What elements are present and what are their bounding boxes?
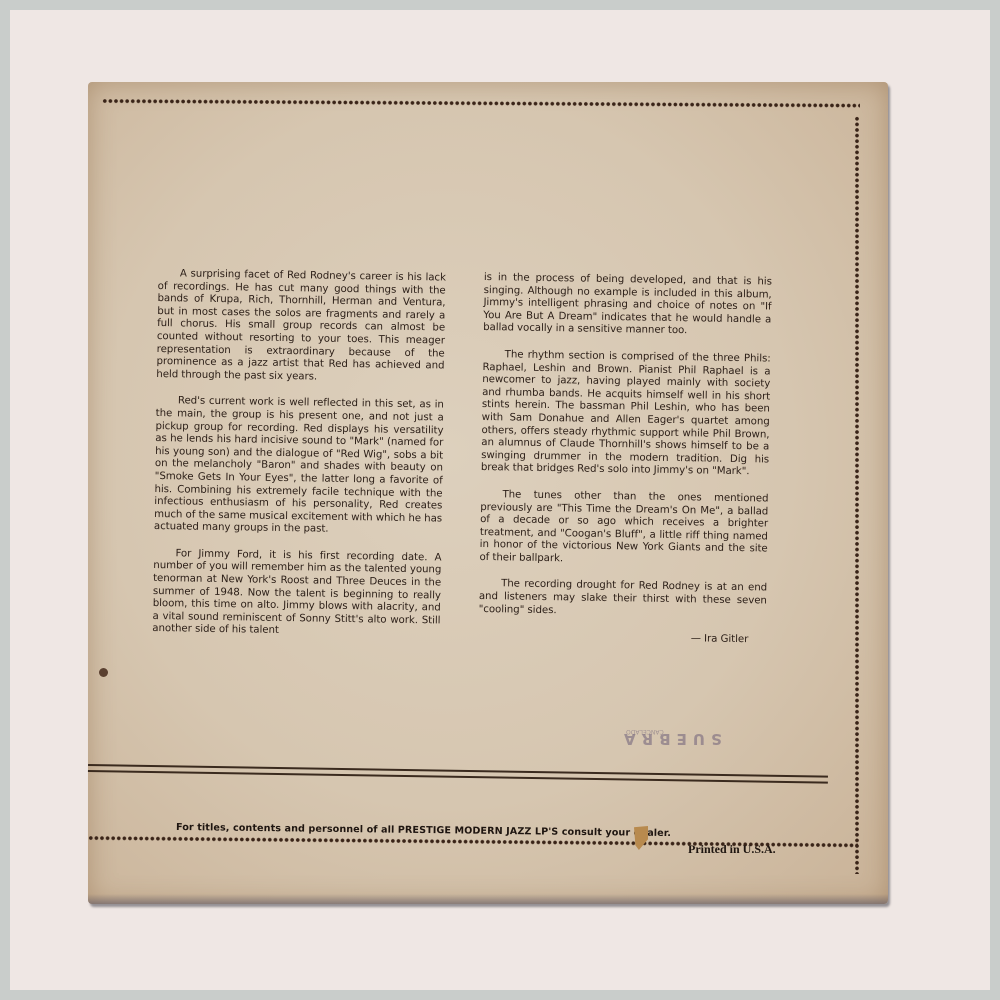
faded-stamp: SUEBRA: [618, 730, 722, 748]
double-rule-divider: [88, 764, 828, 784]
liner-paragraph: A surprising facet of Red Rodney's caree…: [156, 268, 446, 386]
star-border-top: [102, 98, 860, 109]
record-sleeve-back: A surprising facet of Red Rodney's caree…: [88, 82, 888, 904]
paper-tear-mark: [634, 826, 648, 850]
stain-spot: [99, 668, 108, 677]
liner-paragraph: Red's current work is well reflected in …: [154, 395, 444, 538]
liner-paragraph: The rhythm section is comprised of the t…: [481, 349, 771, 479]
liner-notes-right-column: is in the process of being developed, an…: [478, 272, 772, 647]
liner-paragraph: For Jimmy Ford, it is his first recordin…: [152, 548, 441, 641]
printed-in-usa: Printed in U.S.A.: [688, 842, 776, 857]
liner-paragraph: The tunes other than the ones mentioned …: [479, 489, 768, 569]
star-border-right: [854, 116, 860, 874]
liner-paragraph-continued: is in the process of being developed, an…: [483, 272, 772, 339]
author-signature: — Ira Gitler: [478, 630, 766, 647]
liner-paragraph: The recording drought for Red Rodney is …: [479, 578, 768, 620]
liner-notes-left-column: A surprising facet of Red Rodney's caree…: [152, 268, 446, 655]
